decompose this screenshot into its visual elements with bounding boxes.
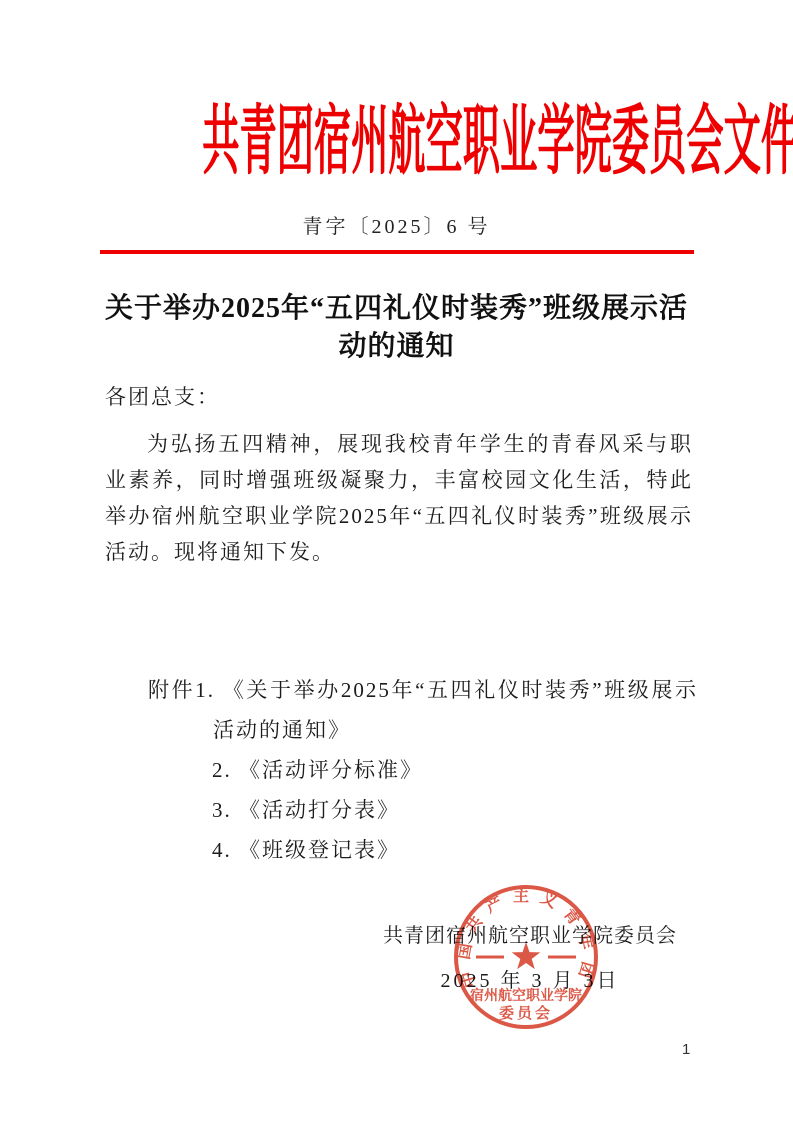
letterhead-org-title: 共青团宿州航空职业学院委员会文件 (202, 98, 591, 186)
attachment-label: 4. (212, 838, 232, 862)
attachment-item: 2. 《活动评分标准》 (148, 750, 698, 790)
document-number: 青字〔2025〕6 号 (0, 214, 793, 240)
signature-org-name: 共青团宿州航空职业学院委员会 (380, 924, 680, 948)
attachment-item: 3. 《活动打分表》 (148, 790, 698, 830)
signature-block: 共青团宿州航空职业学院委员会 2025 年 3 月 3日 (380, 924, 680, 993)
attachment-item: 附件1. 《关于举办2025年“五四礼仪时装秀”班级展示活动的通知》 (148, 670, 698, 750)
attachment-title: 《活动打分表》 (239, 798, 400, 822)
attachment-label: 附件1. (148, 678, 215, 702)
document-page: 共青团宿州航空职业学院委员会文件 青字〔2025〕6 号 关于举办2025年“五… (0, 0, 793, 1122)
attachment-title: 《班级登记表》 (239, 838, 400, 862)
attachment-list: 附件1. 《关于举办2025年“五四礼仪时装秀”班级展示活动的通知》 2. 《活… (148, 670, 698, 870)
document-title: 关于举办2025年“五四礼仪时装秀”班级展示活动的通知 (97, 290, 697, 366)
page-number: 1 (682, 1041, 690, 1058)
seal-inner-line2: 委员会 (499, 1004, 553, 1022)
attachment-label: 2. (212, 758, 232, 782)
body-paragraph: 为弘扬五四精神，展现我校青年学生的青春风采与职业素养，同时增强班级凝聚力，丰富校… (105, 426, 693, 570)
salutation: 各团总支： (105, 380, 793, 414)
attachment-label: 3. (212, 798, 232, 822)
attachment-title: 《关于举办2025年“五四礼仪时装秀”班级展示活动的通知》 (213, 678, 698, 742)
attachment-title: 《活动评分标准》 (239, 758, 423, 782)
signature-date: 2025 年 3 月 3日 (380, 969, 680, 993)
red-separator-rule (100, 250, 694, 254)
letterhead: 共青团宿州航空职业学院委员会文件 (0, 0, 793, 186)
attachment-item: 4. 《班级登记表》 (148, 830, 698, 870)
